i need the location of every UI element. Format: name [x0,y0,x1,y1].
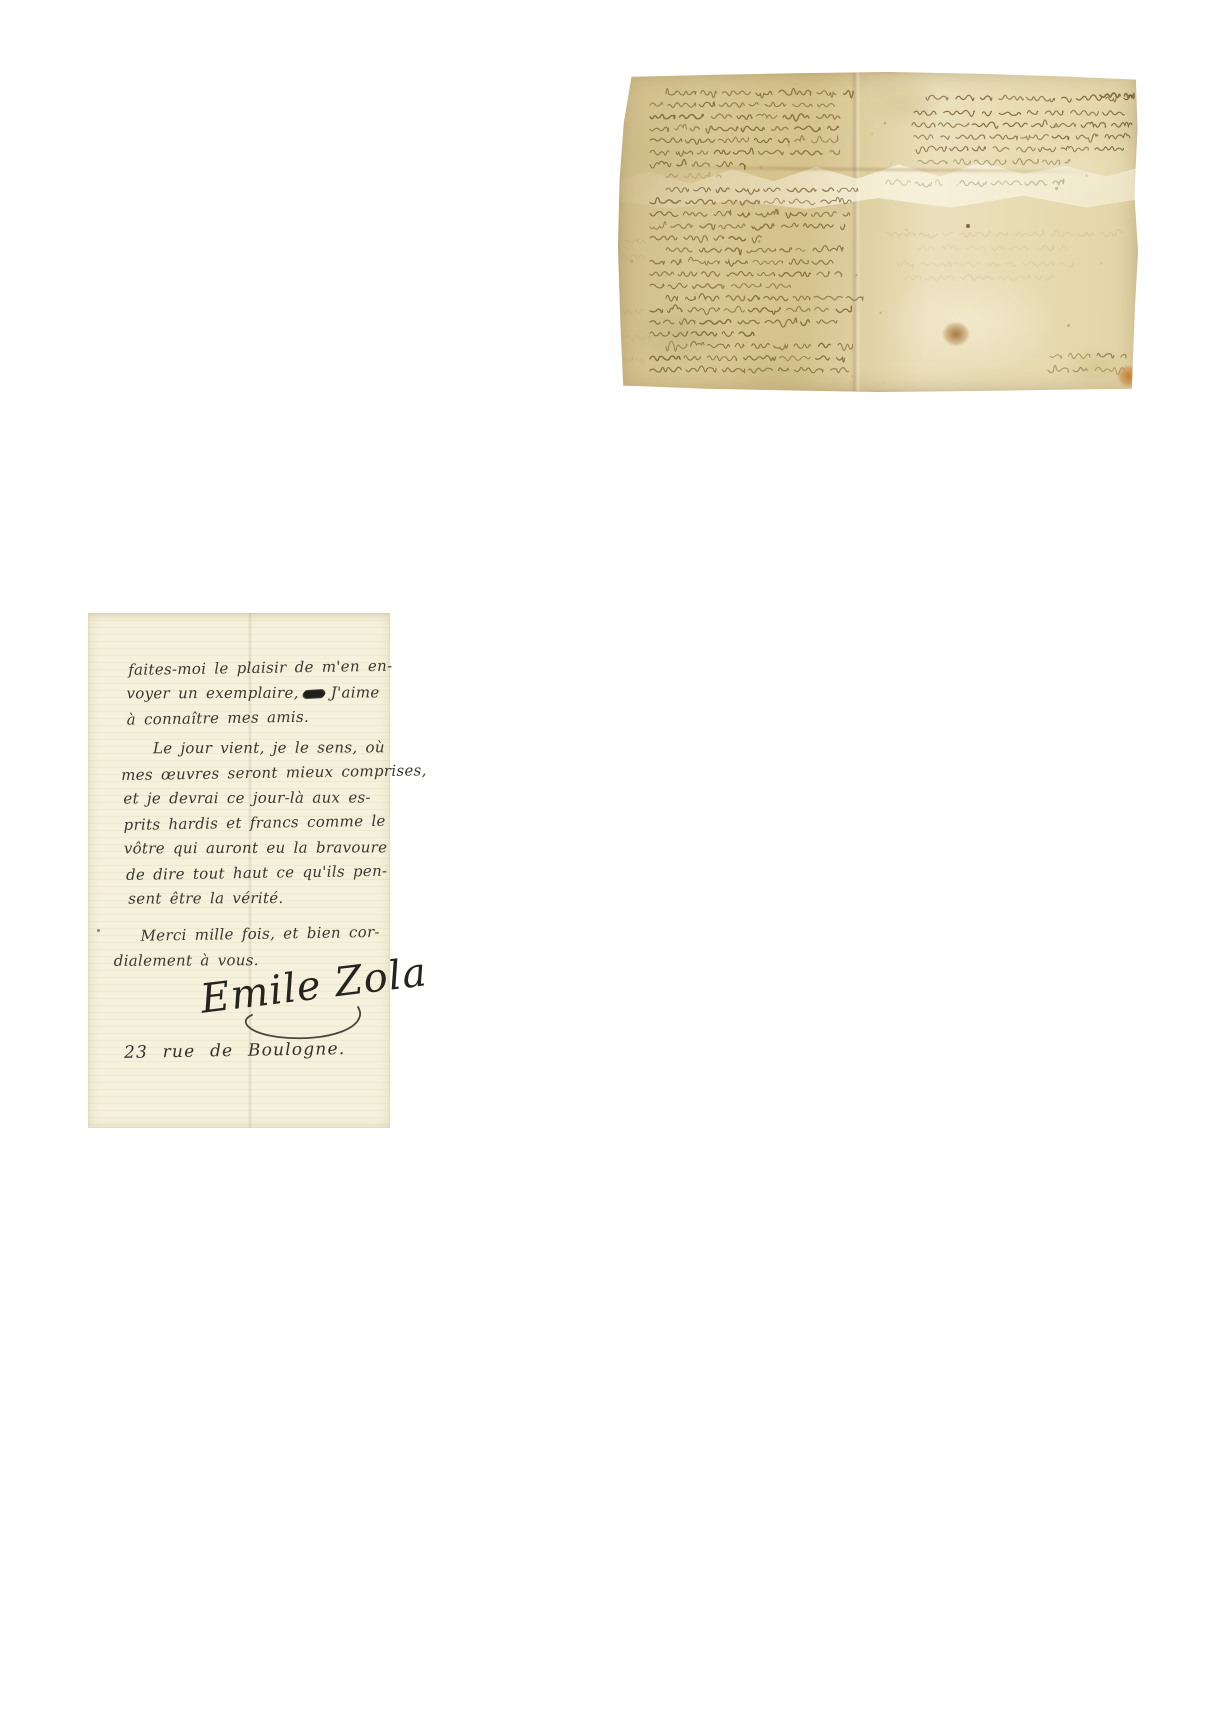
letter-line: faites-moi le plaisir de m'en en- [128,657,392,679]
letter-line: voyer un exemplaire,J'aime [126,683,379,702]
letter-line: vôtre qui auront eu la bravoure [124,838,388,857]
letter-line: dialement à vous. [114,951,259,970]
letter-line: mes œuvres seront mieux comprises, [121,761,427,784]
letter-line: Le jour vient, je le sens, où [153,738,385,757]
letter-line: de dire tout haut ce qu'ils pen- [126,862,388,884]
manuscript-scan [618,72,1138,392]
page-background: faites-moi le plaisir de m'en en- voyer … [0,0,1207,1733]
letter-line: sent être la vérité. [128,889,283,908]
letter-line: Merci mille fois, et bien cor- [140,923,380,945]
letter-line: à connaître mes amis. [127,708,310,729]
address-line: 23 rue de Boulogne. [124,1039,346,1063]
crossed-out-word [304,690,325,698]
letter-line: prits hardis et francs comme le [123,812,385,834]
zola-letter-scan: faites-moi le plaisir de m'en en- voyer … [88,613,390,1128]
letter-line: et je devrai ce jour-là aux es- [123,788,371,807]
manuscript-handwriting [618,72,1138,392]
